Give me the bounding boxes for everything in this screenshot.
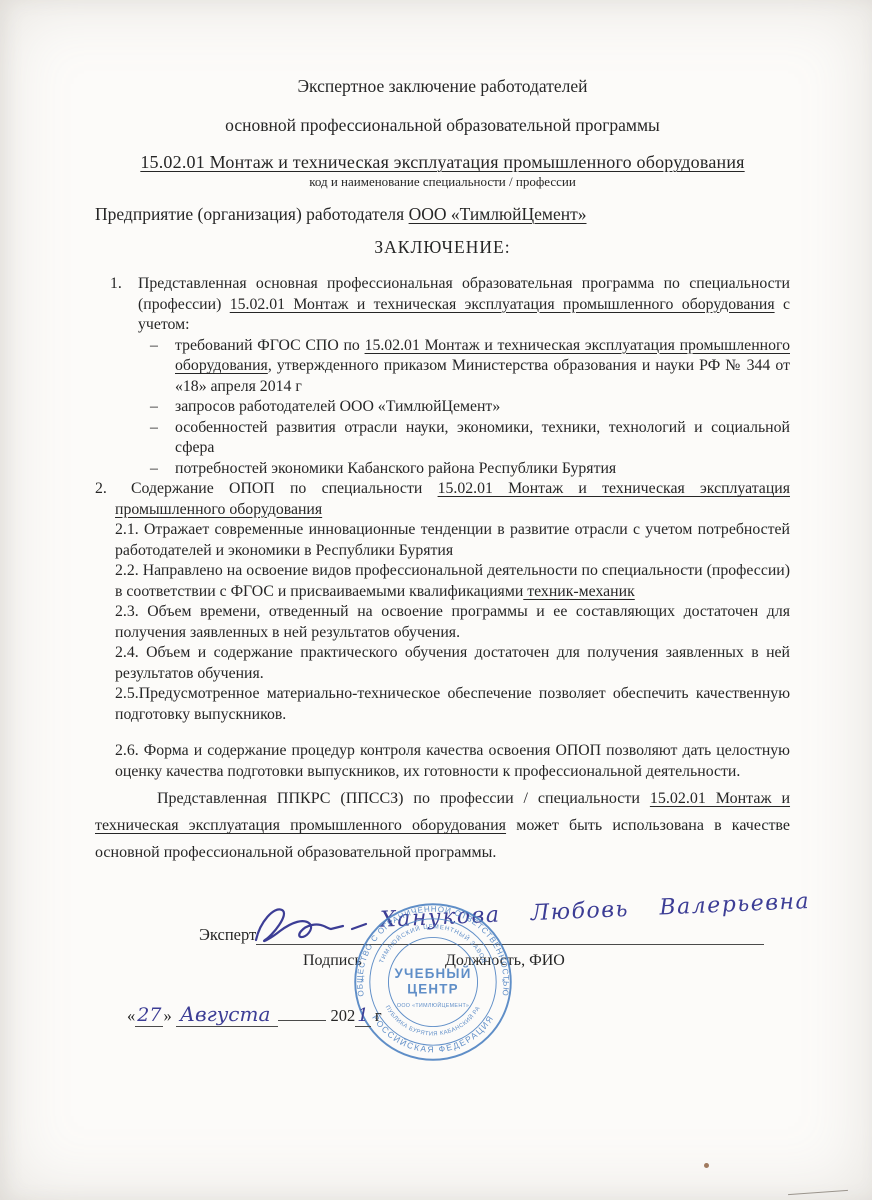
final-paragraph: Представленная ППКРС (ППССЗ) по професси…	[95, 785, 790, 866]
paragraph-2-6: 2.6. Форма и содержание процедур контрол…	[115, 741, 790, 782]
bullet-fgos-text: требований ФГОС СПО по	[175, 337, 365, 354]
item-2-heading-text: Содержание ОПОП по специальности	[131, 480, 438, 497]
bullet-economy-needs: – потребностей экономики Кабанского райо…	[138, 459, 790, 480]
handwritten-year-digit: 1	[355, 1005, 370, 1027]
bullet-fgos: – требований ФГОС СПО по 15.02.01 Монтаж…	[138, 336, 790, 398]
date-line: «27» Августа 2021 г	[127, 1002, 382, 1026]
date-fill-line	[278, 1006, 326, 1021]
bullet-fgos-text-after: , утвержденного приказом Министерства об…	[175, 357, 790, 395]
bullet-economy-needs-text: потребностей экономики Кабанского района…	[175, 460, 616, 477]
document-subtitle: основной профессиональной образовательно…	[95, 115, 790, 136]
bullet-dash-icon: –	[150, 418, 158, 439]
stamp-center-line3: ООО «ТИМЛЮЙЦЕМЕНТ»	[397, 1001, 469, 1009]
stamp-center-line1: УЧЕБНЫЙ	[394, 966, 471, 981]
final-paragraph-text: Представленная ППКРС (ППССЗ) по професси…	[157, 790, 650, 807]
bullet-dash-icon: –	[150, 397, 158, 418]
item-1-number: 1.	[110, 274, 122, 295]
stamp-center-line2: ЦЕНТР	[407, 981, 458, 996]
employer-value: ООО «ТимлюйЦемент»	[409, 204, 587, 224]
stamp-star-left: *	[361, 977, 365, 987]
item-2-number: 2.	[95, 479, 107, 500]
conclusion-heading: ЗАКЛЮЧЕНИЕ:	[95, 237, 790, 258]
date-open-quote: «	[127, 1006, 135, 1025]
qualification-underlined: техник-механик	[523, 583, 634, 600]
paragraph-2-5: 2.5.Предусмотренное материально-техничес…	[115, 684, 790, 725]
scanned-document-page: Экспертное заключение работодателей осно…	[0, 0, 872, 1200]
paragraph-2-3: 2.3. Объем времени, отведенный на освоен…	[115, 602, 790, 643]
bullet-industry-development: – особенностей развития отрасли науки, э…	[138, 418, 790, 459]
bullet-dash-icon: –	[150, 459, 158, 480]
paragraph-2-4: 2.4. Объем и содержание практического об…	[115, 643, 790, 684]
bullet-industry-development-text: особенностей развития отрасли науки, эко…	[175, 419, 790, 457]
program-name-line: 15.02.01 Монтаж и техническая эксплуатац…	[95, 152, 790, 173]
handwritten-month: Августа	[176, 1002, 279, 1027]
handwritten-day: 27	[135, 1004, 163, 1027]
round-stamp: ОБЩЕСТВО С ОГРАНИЧЕННОЙ ОТВЕТСТВЕННОСТЬЮ…	[352, 901, 514, 1063]
stamp-inner-top-text: ТИМЛЮЙСКИЙ ЦЕМЕНТНЫЙ ЗАВОД	[378, 923, 488, 964]
bullet-employer-requests-text: запросов работодателей ООО «ТимлюйЦемент…	[175, 398, 500, 415]
document-body: Экспертное заключение работодателей осно…	[95, 70, 790, 866]
employer-label: Предприятие (организация) работодателя	[95, 204, 409, 224]
bullet-employer-requests: – запросов работодателей ООО «ТимлюйЦеме…	[138, 397, 790, 418]
scan-corner-artifact	[788, 1190, 848, 1195]
conclusion-list: 1. Представленная основная профессиональ…	[95, 274, 790, 866]
item-2-heading: Содержание ОПОП по специальности 15.02.0…	[115, 479, 790, 520]
year-printed: 202	[331, 1006, 356, 1025]
bullet-dash-icon: –	[150, 336, 158, 357]
item-1-program-underlined: 15.02.01 Монтаж и техническая эксплуатац…	[230, 296, 775, 313]
svg-text:ТИМЛЮЙСКИЙ ЦЕМЕНТНЫЙ ЗАВОД: ТИМЛЮЙСКИЙ ЦЕМЕНТНЫЙ ЗАВОД	[378, 923, 488, 964]
list-item-1: 1. Представленная основная профессиональ…	[95, 274, 790, 479]
date-close-quote: »	[163, 1006, 171, 1025]
paragraph-2-2: 2.2. Направлено на освоение видов профес…	[115, 561, 790, 602]
document-title: Экспертное заключение работодателей	[95, 76, 790, 97]
list-item-2: 2. Содержание ОПОП по специальности 15.0…	[95, 479, 790, 782]
paper-speck	[704, 1163, 709, 1168]
paragraph-2-2-text: 2.2. Направлено на освоение видов профес…	[115, 562, 790, 600]
stamp-star-right: *	[502, 977, 506, 987]
year-suffix: г	[375, 1006, 382, 1025]
paragraph-2-1: 2.1. Отражает современные инновационные …	[115, 520, 790, 561]
expert-label: Эксперт	[199, 925, 256, 945]
item-1-paragraph: Представленная основная профессиональная…	[138, 274, 790, 336]
employer-line: Предприятие (организация) работодателя О…	[95, 204, 790, 225]
program-caption: код и наименование специальности / профе…	[95, 174, 790, 190]
